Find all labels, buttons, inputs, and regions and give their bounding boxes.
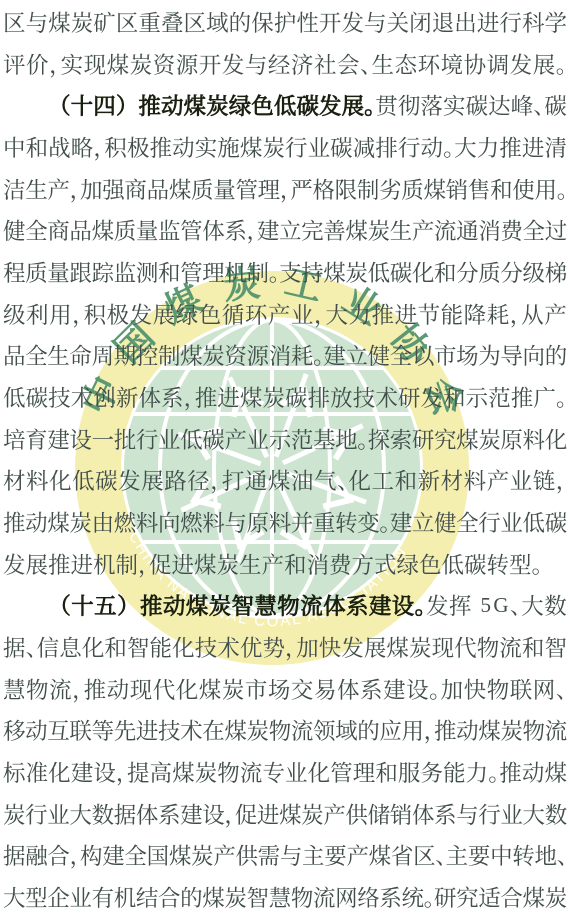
body-char: 分 <box>500 256 522 288</box>
body-char: 主 <box>302 839 324 871</box>
body-char: 式 <box>374 548 397 580</box>
body-char: 控 <box>136 339 158 371</box>
body-char: 煤 <box>323 256 345 288</box>
text-line: 大型企业有机结合的煤炭智慧物流网络系统。研究适合煤炭 <box>0 876 570 918</box>
body-char: 应 <box>379 714 401 746</box>
body-char: 与 <box>280 839 302 871</box>
body-char: 煤 <box>202 881 224 913</box>
body-char: 料 <box>269 506 291 538</box>
body-char: 和 <box>104 631 127 663</box>
heading-char: 五 <box>94 589 117 621</box>
body-char: 与 <box>26 6 49 38</box>
body-char: 业 <box>500 506 522 538</box>
body-char: 材 <box>3 464 26 496</box>
body-char: ， <box>49 48 60 80</box>
body-char: 。 <box>443 131 454 163</box>
body-char: 力 <box>349 298 372 330</box>
body-char: 快 <box>319 631 342 663</box>
body-char: 利 <box>26 298 49 330</box>
body-char: 适 <box>478 881 500 913</box>
text-line: 推动煤炭由燃料向燃料与原料并重转变。建立健全行业低碳 <box>0 501 570 543</box>
body-char: 供 <box>345 798 367 830</box>
body-char: 生 <box>372 48 395 80</box>
body-char: 级 <box>3 298 26 330</box>
body-char: 梯 <box>545 256 567 288</box>
body-char: 流 <box>545 714 567 746</box>
body-char: 术 <box>180 714 202 746</box>
body-char: 动 <box>25 714 47 746</box>
text-line: 标准化建设，提高煤炭物流专业化管理和服务能力。推动煤 <box>0 751 570 793</box>
body-char: 产 <box>323 798 345 830</box>
body-char: 范 <box>488 381 511 413</box>
body-char: 实 <box>443 89 466 121</box>
body-char: 加 <box>296 631 319 663</box>
body-char: 品 <box>69 214 91 246</box>
body-char: 质 <box>25 256 47 288</box>
body-char: 业 <box>158 423 180 455</box>
body-char: 。 <box>556 381 567 413</box>
body-char: 排 <box>375 131 398 163</box>
body-char: 企 <box>47 881 69 913</box>
body-char: 设 <box>406 673 429 705</box>
body-char: 发 <box>3 548 26 580</box>
body-char: 设 <box>202 798 224 830</box>
body-char: 业 <box>285 756 308 788</box>
body-char: 限 <box>335 173 357 205</box>
body-char: 低 <box>72 464 95 496</box>
text-line: 据融合，构建全国煤炭产供需与主要产煤省区、主要中转地、 <box>0 834 570 876</box>
body-char: 域 <box>206 6 229 38</box>
body-char: 业 <box>308 131 331 163</box>
body-char: 化 <box>412 256 434 288</box>
body-char: 。 <box>556 48 567 80</box>
text-line: 移动互联等先进技术在煤炭物流领域的应用，推动煤炭物流 <box>0 709 570 751</box>
body-char: 行 <box>285 131 308 163</box>
body-char: 向 <box>523 339 545 371</box>
body-char: 大 <box>521 589 544 621</box>
body-char: 费 <box>500 214 522 246</box>
text-line: 炭行业大数据体系建设，促进煤炭产供储销体系与行业大数 <box>0 793 570 835</box>
heading-char: 动 <box>161 89 184 121</box>
body-char: 的 <box>357 714 379 746</box>
body-char: 统 <box>402 881 424 913</box>
body-char: 从 <box>521 298 544 330</box>
body-char: 健 <box>434 506 456 538</box>
body-char: 行 <box>25 798 47 830</box>
body-char: 管 <box>180 214 202 246</box>
body-char: 设 <box>93 756 116 788</box>
body-char: 优 <box>240 631 263 663</box>
body-char: 过 <box>545 214 567 246</box>
body-char: 全 <box>25 214 47 246</box>
heading-char: 碳 <box>296 89 319 121</box>
body-char: 碳 <box>330 131 353 163</box>
body-char: 的 <box>229 6 252 38</box>
body-char: 产 <box>262 548 285 580</box>
body-char: 区 <box>413 839 435 871</box>
body-char: 研 <box>398 381 421 413</box>
heading-char: 慧 <box>254 589 277 621</box>
body-char: 资 <box>224 339 246 371</box>
body-char: 消 <box>269 339 291 371</box>
body-char: 命 <box>69 339 91 371</box>
text-line: 发展推进机制，促进煤炭生产和消费方式绿色低碳转型。 <box>0 543 570 585</box>
body-char: 炭 <box>345 256 367 288</box>
heading-char: 设 <box>392 589 415 621</box>
body-char: 售 <box>468 173 490 205</box>
body-char: 煤 <box>199 673 222 705</box>
body-char: 网 <box>335 881 357 913</box>
body-char: ， <box>510 298 521 330</box>
body-char: 境 <box>441 48 464 80</box>
body-char: 略 <box>71 131 94 163</box>
body-char: 碳 <box>544 89 567 121</box>
body-char: 行 <box>499 6 522 38</box>
body-char: 通 <box>245 464 268 496</box>
body-char: 。 <box>379 506 389 538</box>
body-char: 推 <box>434 714 456 746</box>
body-char: 体 <box>138 381 161 413</box>
body-char: 转 <box>512 839 534 871</box>
body-char: 促 <box>149 548 172 580</box>
body-char: 建 <box>47 423 69 455</box>
body-char: 智 <box>127 631 150 663</box>
body-char: 大 <box>69 798 91 830</box>
body-char: 油 <box>291 464 314 496</box>
body-char: ， <box>556 464 567 496</box>
body-char: 。 <box>488 756 499 788</box>
body-char: 息 <box>59 631 82 663</box>
body-char: 示 <box>269 423 291 455</box>
body-char: 导 <box>500 339 522 371</box>
body-char: 炭 <box>191 839 213 871</box>
heading-char: （ <box>48 89 71 121</box>
body-char: 积 <box>84 298 107 330</box>
heading-char: 四 <box>93 89 116 121</box>
body-char: 结 <box>136 881 158 913</box>
heading-char: 。 <box>415 589 426 621</box>
body-char: 料 <box>464 464 487 496</box>
body-char: 重 <box>313 506 335 538</box>
body-char: 移 <box>3 714 25 746</box>
body-char: 以 <box>412 339 434 371</box>
body-char: G <box>492 593 509 618</box>
body-char: 加 <box>441 673 464 705</box>
heading-char: 流 <box>300 589 323 621</box>
body-char: 周 <box>92 339 114 371</box>
body-char: 化 <box>172 631 195 663</box>
body-char: 峰 <box>511 89 534 121</box>
body-char: 炭 <box>202 339 224 371</box>
body-char: 市 <box>434 339 456 371</box>
body-char: 分 <box>456 256 478 288</box>
body-char: 物 <box>291 881 313 913</box>
body-char: 煤 <box>478 714 500 746</box>
body-char: 炭 <box>69 506 91 538</box>
body-char: 等 <box>92 714 114 746</box>
body-char: 物 <box>523 714 545 746</box>
body-char: 全 <box>124 839 146 871</box>
body-char: 展 <box>141 464 164 496</box>
body-char: 商 <box>47 214 69 246</box>
body-char: 减 <box>353 131 376 163</box>
body-char: 工 <box>372 464 395 496</box>
body-char: 立 <box>345 339 367 371</box>
body-char: 先 <box>114 714 136 746</box>
body-char: 、 <box>533 89 544 121</box>
body-char: 和 <box>443 381 466 413</box>
body-char: 。 <box>429 673 440 705</box>
body-char: 料 <box>26 464 49 496</box>
body-char: 煤 <box>369 839 391 871</box>
body-char: 向 <box>158 506 180 538</box>
body-char: 燃 <box>114 506 136 538</box>
body-char: 信 <box>37 631 60 663</box>
body-char: 炭 <box>301 798 323 830</box>
body-char: 炭 <box>262 381 285 413</box>
body-char: 互 <box>47 714 69 746</box>
heading-char: 体 <box>323 589 346 621</box>
body-char: 与 <box>245 48 268 80</box>
body-char: 资 <box>153 48 176 80</box>
body-char: 与 <box>364 6 387 38</box>
body-char: 销 <box>446 173 468 205</box>
body-char: 节 <box>418 298 441 330</box>
body-char: 炭 <box>224 881 246 913</box>
body-char: 踪 <box>92 256 114 288</box>
body-char: 物 <box>477 631 500 663</box>
body-char: 慧 <box>269 881 291 913</box>
body-char: 生 <box>390 214 412 246</box>
body-char: 建 <box>71 756 94 788</box>
body-char: 易 <box>314 673 337 705</box>
heading-char: 十 <box>71 89 94 121</box>
body-char: 炭 <box>409 631 432 663</box>
body-char: 监 <box>158 214 180 246</box>
body-char: 发 <box>426 589 449 621</box>
body-char: ， <box>93 131 104 163</box>
body-char: 协 <box>464 48 487 80</box>
body-char: 现 <box>84 48 107 80</box>
body-char: 煤 <box>523 881 545 913</box>
body-char: 化 <box>49 464 72 496</box>
body-char: 势 <box>262 631 285 663</box>
body-char: 降 <box>464 298 487 330</box>
body-char: 为 <box>478 339 500 371</box>
body-char: 产 <box>268 298 291 330</box>
body-char: 培 <box>3 423 25 455</box>
body-char: 机 <box>93 548 116 580</box>
body-char: 炭 <box>195 756 218 788</box>
text-line: 级利用，积极发展绿色循环产业，大力推进节能降耗，从产 <box>0 293 570 335</box>
body-char: 业 <box>247 423 269 455</box>
heading-char: 物 <box>277 589 300 621</box>
heading-char: 系 <box>346 589 369 621</box>
body-char: 体 <box>202 214 224 246</box>
body-char: 料 <box>202 506 224 538</box>
body-char: 绿 <box>397 548 420 580</box>
body-char: 方 <box>352 548 375 580</box>
body-char: 广 <box>533 381 556 413</box>
body-char: 转 <box>487 548 510 580</box>
body-char: ， <box>138 548 149 580</box>
body-char: ， <box>210 464 221 496</box>
heading-char: 低 <box>274 89 297 121</box>
body-char: 推 <box>499 131 522 163</box>
body-char: 国 <box>147 839 169 871</box>
body-char: 清 <box>544 131 567 163</box>
body-char: 究 <box>456 881 478 913</box>
body-char: 管 <box>235 173 257 205</box>
body-char: 发 <box>222 48 245 80</box>
body-char: 品 <box>3 339 25 371</box>
body-char: 构 <box>80 839 102 871</box>
body-char: 炭 <box>71 6 94 38</box>
body-char: 全 <box>456 506 478 538</box>
body-char: 动 <box>172 131 195 163</box>
body-char: 量 <box>136 214 158 246</box>
body-char: 重 <box>138 6 161 38</box>
body-char: 制 <box>116 548 139 580</box>
body-char: 和 <box>490 173 512 205</box>
body-char: 术 <box>375 381 398 413</box>
body-char: 批 <box>114 423 136 455</box>
body-char: 物 <box>217 756 240 788</box>
heading-char: 发 <box>319 89 342 121</box>
body-char: 碳 <box>285 381 308 413</box>
body-char: 区 <box>184 6 207 38</box>
body-char: ， <box>224 798 234 830</box>
body-char: 炭 <box>368 214 390 246</box>
body-char: 专 <box>262 756 285 788</box>
body-char: 、 <box>337 464 348 496</box>
body-char: 建 <box>102 839 124 871</box>
body-char: 排 <box>308 381 331 413</box>
body-char: 和 <box>522 631 545 663</box>
body-char: 和 <box>284 548 307 580</box>
body-char: 使 <box>512 173 534 205</box>
body-char: 研 <box>434 881 456 913</box>
body-char: 理 <box>353 756 376 788</box>
body-char: 大 <box>3 881 25 913</box>
body-char: 品 <box>147 173 169 205</box>
body-char: 色 <box>199 298 222 330</box>
body-char: 推 <box>150 131 173 163</box>
body-char: 建 <box>323 339 345 371</box>
body-char: 煤 <box>423 173 445 205</box>
text-line: 据、信息化和智能化技术优势，加快发展煤炭现代物流和智 <box>0 626 570 668</box>
body-char: 创 <box>93 381 116 413</box>
body-char: 流 <box>240 756 263 788</box>
body-char: 行 <box>478 798 500 830</box>
heading-char: 推 <box>138 89 161 121</box>
body-char: 挥 <box>449 589 472 621</box>
body-char: 健 <box>368 339 390 371</box>
body-char: 术 <box>71 381 94 413</box>
body-char: 炭 <box>130 48 153 80</box>
body-char: 战 <box>48 131 71 163</box>
body-char: 质 <box>114 214 136 246</box>
body-char: 融 <box>25 839 47 871</box>
body-char: 闭 <box>409 6 432 38</box>
body-char: 炭 <box>3 798 25 830</box>
body-char: 气 <box>314 464 337 496</box>
heading-char: 智 <box>232 589 255 621</box>
body-char: ， <box>285 631 296 663</box>
text-line: （十五）推动煤炭智慧物流体系建设。发挥 5G、大数 <box>0 584 570 626</box>
heading-char: 。 <box>364 89 375 121</box>
body-char: 大 <box>454 131 477 163</box>
body-char: 济 <box>291 48 314 80</box>
body-char: 炭 <box>500 714 522 746</box>
body-char: 体 <box>136 798 158 830</box>
body-char: 耗 <box>291 339 313 371</box>
body-char: 代 <box>153 673 176 705</box>
body-char: 务 <box>420 756 443 788</box>
body-char: 保 <box>251 6 274 38</box>
body-char: 管 <box>330 756 353 788</box>
heading-char: 动 <box>163 589 186 621</box>
body-char: 流 <box>49 673 72 705</box>
body-char: 化 <box>349 464 372 496</box>
body-char: 低 <box>368 256 390 288</box>
body-char: 生 <box>47 339 69 371</box>
body-char: 型 <box>509 548 532 580</box>
text-line: 培育建设一批行业低碳产业示范基地。探索研究煤炭原料化 <box>0 418 570 460</box>
body-char: 型 <box>25 881 47 913</box>
body-char: 碳 <box>466 89 489 121</box>
body-char: 评 <box>3 48 26 80</box>
body-char: 极 <box>127 131 150 163</box>
body-char: ， <box>72 298 83 330</box>
body-char: 一 <box>92 423 114 455</box>
body-char: 力 <box>466 756 489 788</box>
body-char: 5 <box>479 593 492 618</box>
body-char: 并 <box>291 506 313 538</box>
body-char: 环 <box>245 298 268 330</box>
body-char: 合 <box>47 839 69 871</box>
body-char: 技 <box>48 381 71 413</box>
body-char: 化 <box>48 756 71 788</box>
body-char: 碳 <box>202 423 224 455</box>
body-char: 煤 <box>240 131 263 163</box>
body-char: 数 <box>92 798 114 830</box>
body-char: 技 <box>195 631 218 663</box>
body-char: 地 <box>534 839 556 871</box>
body-char: 流 <box>291 714 313 746</box>
body-char: 动 <box>25 506 47 538</box>
body-char: 动 <box>522 756 545 788</box>
body-char: 范 <box>291 423 313 455</box>
body-char: 化 <box>545 423 567 455</box>
body-char: 产 <box>213 839 235 871</box>
body-char: 快 <box>464 673 487 705</box>
heading-char: 煤 <box>186 589 209 621</box>
body-char: 质 <box>401 173 423 205</box>
body-char: 推 <box>195 381 218 413</box>
body-char: 体 <box>412 798 434 830</box>
body-char: 出 <box>454 6 477 38</box>
body-char: 制 <box>357 173 379 205</box>
body-char: 发 <box>130 298 153 330</box>
body-char: ， <box>70 839 80 871</box>
body-char: 展 <box>153 298 176 330</box>
body-char: 进 <box>172 548 195 580</box>
body-char: 色 <box>419 548 442 580</box>
body-char: 持 <box>301 256 323 288</box>
body-char: 网 <box>533 673 556 705</box>
body-char: 期 <box>114 339 136 371</box>
